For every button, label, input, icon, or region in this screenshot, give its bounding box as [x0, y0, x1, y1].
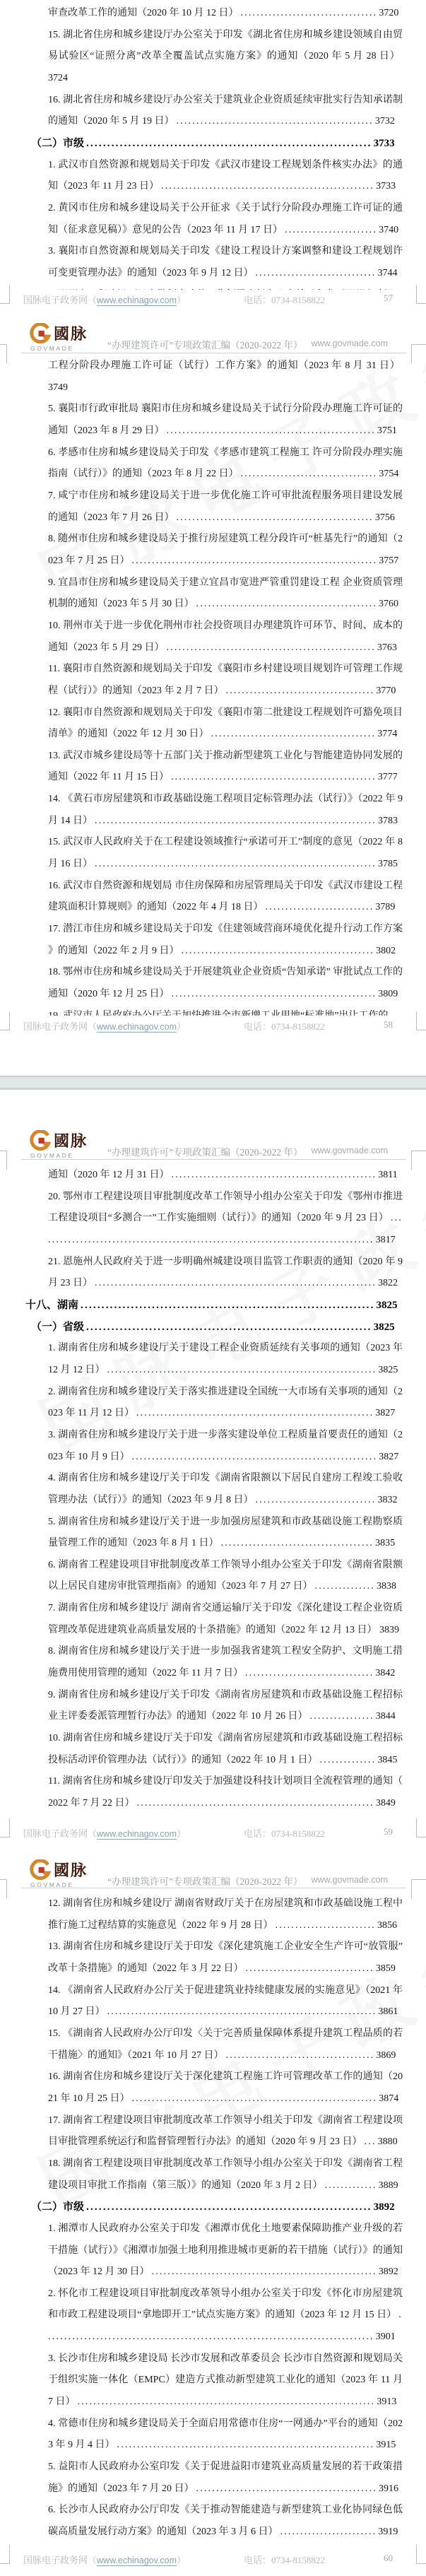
- toc-entry: 18. 鄂州市住房和城乡建设局关于开展建筑业企业资质“告知承诺” 审批试点工作的…: [48, 962, 403, 1005]
- dot-leader: ................: [308, 1711, 376, 1722]
- footer-site-link[interactable]: www.echinagov.com: [97, 295, 177, 306]
- dot-leader: ........................................…: [84, 1322, 374, 1333]
- header-website: www.govmade.com: [312, 1875, 388, 1885]
- dot-leader: .......................: [283, 225, 379, 235]
- logo-en-text: GOVMADE: [30, 345, 74, 352]
- toc-page-number: 3774: [377, 729, 397, 739]
- toc-entry: 十八、湖南...................................…: [25, 1295, 403, 1317]
- toc-entry-text: 2. 怀化市工程建设项目审批制度改革领导小组办公室关于印发《怀化市房屋建筑和市政…: [48, 2288, 403, 2321]
- logo-cn-text: 國脉: [54, 322, 88, 344]
- toc-page-number: 3825: [377, 1300, 398, 1311]
- toc-page-number: 3740: [379, 225, 398, 235]
- footer-site-suffix: ）: [177, 1828, 186, 1839]
- toc-page-number: 3744: [378, 268, 398, 278]
- toc-entry: 8. 随州市住房和城乡建设局关于推行房屋建筑工程分段许可“桩基先行”的通知（20…: [48, 529, 403, 572]
- page-footer: 国脉电子政务网（www.echinagov.com）电话：0734-815882…: [0, 1019, 426, 1035]
- toc-entry: 6. 长沙市人民政府办公厅印发《关于推动智能建造与新型建筑工业化协同绿色低碳高质…: [48, 2500, 403, 2543]
- toc-entry: 9. 湖南省住房和城乡建设厅关于印发《湖南省房屋建筑和市政基础设施工程招标业主评…: [48, 1685, 403, 1728]
- toc-page-number: 3874: [379, 2093, 398, 2104]
- toc-entry: （二）市级...................................…: [31, 2196, 403, 2218]
- toc-entry-text: 十八、湖南: [25, 1300, 78, 1311]
- toc-entry: 7. 湖南省住房和城乡建设厅 湖南省交通运输厅关于印发《深化建设工程企业资质管理…: [48, 1598, 403, 1641]
- toc-page-number: 3811: [378, 1170, 397, 1180]
- govmade-logo-icon: [30, 1859, 51, 1881]
- toc-entry: 5. 襄阳市行政审批局 襄阳市住房和城乡建设局关于试行分阶段办理施工许可证的通知…: [48, 399, 403, 442]
- toc-page-number: 3754: [379, 469, 398, 479]
- toc-entry: 通知（2020 年 12 月 31 日）....................…: [48, 1165, 403, 1187]
- dot-leader: ........................................…: [105, 2006, 379, 2017]
- toc-page-number: 3760: [379, 599, 398, 609]
- toc-page-number: 3901: [376, 2331, 396, 2342]
- dot-leader: ........................................…: [165, 425, 377, 436]
- toc-entry: 1. 湖南省住房和城乡建设厅关于建设工程企业资质延续有关事项的通知（2023 年…: [48, 1338, 403, 1381]
- toc-entry: 16. 武汉市自然资源和规划局 市住房保障和房屋管理局关于印发《武汉市建设工程建…: [48, 876, 403, 919]
- footer-phone: 电话：0734-8158822: [244, 2553, 325, 2566]
- toc-page-number: 3915: [376, 2440, 396, 2450]
- footer-site-link[interactable]: www.echinagov.com: [97, 1829, 177, 1840]
- dot-leader: ................................: [243, 1668, 375, 1678]
- toc-entry: 6. 湖南省工程建设项目审批制度改革工作领导小组办公室关于印发《湖南省限额以上居…: [48, 1555, 403, 1598]
- toc-page-number: 3856: [377, 1920, 397, 1931]
- page-footer: 国脉电子政务网（www.echinagov.com）电话：0734-815882…: [0, 2553, 426, 2568]
- page-header: 國脉GOVMADE“办理建筑许可”专项政策汇编（2020-2022 年）www.…: [0, 1859, 426, 1895]
- dot-leader: .....................................: [224, 2050, 377, 2061]
- toc-entry: 7. 咸宁市住房和城乡建设局关于进一步优化施工许可审批流程服务项目建设发展的通知…: [48, 486, 403, 529]
- toc-entry: 3. 襄阳市自然资源和规划局关于印发《建设工程设计方案调整和建设工程规划许可变更…: [48, 241, 403, 284]
- page-footer: 国脉电子政务网（www.echinagov.com）电话：0734-815882…: [0, 293, 426, 308]
- footer-site: 国脉电子政务网（www.echinagov.com）: [23, 293, 186, 306]
- dot-leader: ..............: [318, 1755, 378, 1765]
- toc-page-number: 3785: [378, 859, 398, 869]
- dot-leader: ........................................…: [130, 2093, 379, 2104]
- dot-leader: ..................................: [239, 8, 379, 18]
- dot-leader: .........................: [273, 1920, 378, 1931]
- toc-entry-text: 7. 湖南省住房和城乡建设厅 湖南省交通运输厅关于印发《深化建设工程企业资质管理…: [48, 1603, 403, 1635]
- dot-leader: ........................................…: [105, 1365, 379, 1375]
- footer-phone: 电话：0734-8158822: [244, 1019, 325, 1033]
- header-booklet-title: “办理建筑许可”专项政策汇编（2020-2022 年）: [107, 337, 302, 351]
- dot-leader: ........................................…: [170, 1170, 379, 1180]
- toc-page-number: 3889: [379, 2180, 398, 2191]
- toc-entry: 17. 湖南省工程建设项目审批制度改革工作领导小组关于印发《湖南省工程建设项目审…: [48, 2110, 403, 2153]
- dot-leader: ........................................…: [84, 138, 374, 149]
- crop-mark-footer-right: [416, 1011, 426, 1030]
- toc-page-number: 3783: [378, 816, 398, 826]
- dot-leader: ...............: [313, 1581, 377, 1592]
- toc-page-number: 3861: [378, 2006, 398, 2017]
- toc-entry: 2. 湖南省住房和城乡建设厅关于落实推进建设全国统一大市场有关事项的通知（202…: [48, 1382, 403, 1425]
- dot-leader: ......................................: [219, 1538, 376, 1548]
- toc-page-number: 3763: [377, 642, 397, 653]
- toc-entry: 12. 襄阳市自然资源和规划局关于印发《襄阳市第二批建设工程规划许可豁免项目清单…: [48, 702, 403, 746]
- footer-site-link[interactable]: www.echinagov.com: [97, 1022, 177, 1033]
- toc-entry: 4. 常德市住房和城乡建设局关于全面启用常德市住房“一网通办”平台的通知（202…: [48, 2413, 403, 2457]
- footer-page-number: 60: [384, 2553, 393, 2564]
- leader-gap: [401, 360, 403, 371]
- toc-page-number: 3892: [374, 2201, 395, 2213]
- toc-page-number: 3845: [377, 1755, 397, 1765]
- footer-page-number: 57: [384, 293, 393, 304]
- toc-page-number: 3724: [48, 73, 68, 83]
- crop-mark-footer-left: [0, 1818, 10, 1837]
- dot-leader: ........................................…: [179, 946, 377, 956]
- toc-entry-text: 工程分阶段办理施工许可证（试行）工作方案》的通知（2023 年 8 月 31 日…: [48, 360, 401, 371]
- toc-entry: 10. 湖南省住房和城乡建设厅关于印发《湖南省房屋建筑和市政基础设施工程招标投标…: [48, 1728, 403, 1771]
- toc-page-number: 3849: [376, 1798, 396, 1809]
- dot-leader: ........................: [278, 2527, 379, 2537]
- header-rule: [21, 1888, 406, 1888]
- footer-page-number: 59: [384, 1826, 393, 1837]
- footer-site-prefix: 国脉电子政务网（: [23, 1021, 97, 1032]
- header-website: www.govmade.com: [312, 339, 388, 348]
- footer-site: 国脉电子政务网（www.echinagov.com）: [23, 1019, 186, 1033]
- dot-leader: ........................................…: [174, 512, 375, 523]
- dot-leader: ..................................: [239, 469, 379, 479]
- page-content: 工程分阶段办理施工许可证（试行）工作方案》的通知（2023 年 8 月 31 日…: [0, 355, 426, 1016]
- toc-page-number: 3751: [377, 425, 397, 436]
- toc-entry-text: （二）市级: [31, 138, 84, 149]
- toc-page-number: 3777: [378, 772, 398, 782]
- toc-page-number: 3749: [48, 382, 68, 393]
- dot-leader: ........................................…: [209, 729, 378, 739]
- toc-page-number: 3827: [379, 1452, 398, 1462]
- toc-entry: 审查改革工作的通知（2020 年 10 月 12 日）.............…: [48, 3, 403, 25]
- toc-page-number: 3720: [379, 8, 398, 18]
- toc-entry: 12. 湖南省住房和城乡建设厅 湖南省财政厅关于在房屋建筑和市政基础设施工程中推…: [48, 1893, 403, 1936]
- toc-entry: 工程分阶段办理施工许可证（试行）工作方案》的通知（2023 年 8 月 31 日…: [48, 355, 403, 399]
- toc-page-number: 3880: [378, 2136, 398, 2147]
- leader-gap: [401, 51, 403, 61]
- dot-leader: ........................................…: [135, 1798, 376, 1809]
- toc-page-number: 3832: [378, 1495, 398, 1505]
- toc-entry-text: 19. 武汉市人民政府办公厅关于加快推进全市新增工业用地“标准地”出让工作的: [48, 1011, 388, 1016]
- logo-en-text: GOVMADE: [30, 1152, 74, 1159]
- toc-entry: 4. 湖南省住房和城乡建设厅关于印发《湖南省限额以下居民自建房工程竣工验收管理办…: [48, 1468, 403, 1511]
- dot-leader: ...: [362, 2136, 378, 2147]
- toc-entry: 16. 湖南省住房和城乡建设厅关于深化建筑工程施工许可管理改革工作的通知（202…: [48, 2066, 403, 2110]
- toc-entry: 6. 孝感市住房和城乡建设局关于印发《孝感市建筑工程施工 许可分阶段办理实施指南…: [48, 442, 403, 486]
- footer-phone: 电话：0734-8158822: [244, 293, 325, 306]
- toc-entry: 15. 《湖南省人民政府办公厅印发〈关于完善质量保障体系提升建筑工程品质的若干措…: [48, 2023, 403, 2066]
- page-separator-band: [0, 1076, 426, 1090]
- toc-entry: 14. 《黄石市房屋建筑和市政基础设施工程项目定标管理办法（试行）》（2022 …: [48, 789, 403, 832]
- page-header: 國脉GOVMADE“办理建筑许可”专项政策汇编（2020-2022 年）www.…: [0, 1130, 426, 1165]
- toc-entry: 2. 怀化市工程建设项目审批制度改革领导小组办公室关于印发《怀化市房屋建筑和市政…: [48, 2283, 403, 2348]
- header-rule: [21, 353, 406, 353]
- toc-entry: 9. 宜昌市住房和城乡建设局关于建立宜昌市宽进严管重罚建设工程 企业资质管理机制…: [48, 572, 403, 616]
- toc-page-number: 3842: [375, 1668, 395, 1678]
- toc-entry-text: （一）省级: [31, 1322, 84, 1333]
- footer-site-suffix: ）: [177, 2555, 186, 2565]
- toc-entry: 21. 恩施州人民政府关于进一步明确州城建设项目监管工作职责的通知（2020 年…: [48, 1252, 403, 1295]
- header-booklet-title: “办理建筑许可”专项政策汇编（2020-2022 年）: [107, 1144, 302, 1158]
- dot-leader: ........................................…: [78, 1300, 377, 1311]
- toc-page-number: 3844: [376, 1711, 396, 1722]
- toc-entry-text: 15. 湖北省住房和城乡建设厅办公室关于印发《湖北省住房和城乡建设领域自由贸易试…: [48, 30, 403, 62]
- dot-leader: .............: [323, 2180, 379, 2191]
- dot-leader: ........................................…: [93, 859, 378, 869]
- crop-mark-footer-left: [0, 285, 10, 304]
- dot-leader: ........................................…: [134, 1408, 375, 1418]
- toc-page-number: 3770: [376, 686, 396, 696]
- footer-site: 国脉电子政务网（www.echinagov.com）: [23, 1826, 186, 1840]
- toc-entry: 20. 鄂州市工程建设项目审批制度改革工作领导小组办公室关于印发《鄂州市推进工程…: [48, 1187, 403, 1252]
- toc-entry: 11. 襄阳市自然资源和规划局关于印发《襄阳市乡村建设项目规划许可管理工作规程（…: [48, 659, 403, 702]
- dot-leader: ........................................…: [170, 989, 379, 999]
- dot-leader: ........................................…: [165, 642, 377, 653]
- header-booklet-title: “办理建筑许可”专项政策汇编（2020-2022 年）: [107, 1874, 302, 1888]
- footer-site-prefix: 国脉电子政务网（: [23, 295, 97, 305]
- toc-page-number: 3756: [375, 512, 395, 523]
- dot-leader: ..............................: [254, 268, 378, 278]
- toc-entry: （一）省级...................................…: [31, 1317, 403, 1339]
- toc-page-number: 3827: [375, 1408, 395, 1418]
- toc-page-number: 3825: [378, 1365, 398, 1375]
- toc-entry: 3. 长沙市住房和城乡建设局 长沙市发展和改革委员会 长沙市自然资源和规划局关于…: [48, 2348, 403, 2413]
- dot-leader: ........................................…: [169, 772, 378, 782]
- toc-entry: 1. 湘潭市人民政府办公室关于印发《湘潭市优化土地要素保障助推产业升级的若干措施…: [48, 2218, 403, 2283]
- toc-page-number: 3916: [379, 2483, 398, 2494]
- toc-entry: 18. 湖南省工程建设项目审批制度改革工作领导小组办公室关于印发《湖南省工程建设…: [48, 2153, 403, 2196]
- toc-entry: 16. 湖北省住房和城乡建设厅办公室关于建筑业企业资质延续审批实行告知承诺制的通…: [48, 90, 403, 133]
- toc-entry-text: 17. 湖南省工程建设项目审批制度改革工作领导小组关于印发《湖南省工程建设项目审…: [48, 2115, 403, 2148]
- dot-leader: ........................................…: [115, 2440, 377, 2450]
- footer-site-suffix: ）: [177, 1021, 186, 1032]
- toc-page-number: 3859: [376, 1963, 396, 1974]
- toc-page-number: 3789: [375, 902, 395, 912]
- toc-entry: （二）市级...................................…: [31, 133, 403, 155]
- footer-site: 国脉电子政务网（www.echinagov.com）: [23, 2553, 186, 2566]
- toc-entry-text: 20. 鄂州市工程建设项目审批制度改革工作领导小组办公室关于印发《鄂州市推进工程…: [48, 1192, 403, 1224]
- dot-leader: ........................................…: [194, 2483, 379, 2494]
- crop-mark-footer-left: [0, 2545, 10, 2564]
- toc-entry: 11. 湖南省住房和城乡建设厅印发关于加强建设科技计划项目全流程管理的通知（20…: [48, 1771, 403, 1814]
- toc-page-number: 3919: [378, 2527, 398, 2537]
- govmade-logo-icon: [30, 1130, 51, 1151]
- toc-entry: 8. 湖南省住房和城乡建设厅关于进一步加强我省建筑工程安全防护、文明施工措施费用…: [48, 1641, 403, 1684]
- toc-entry: 13. 湖南省住房和城乡建设厅关于印发《深化建筑施工企业安全生产许可“放管服”改…: [48, 1936, 403, 1980]
- toc-entry: 3. 湖南省住房和城乡建设厅关于进一步落实建设单位工程质量首要责任的通知（202…: [48, 1425, 403, 1468]
- page-content: 审查改革工作的通知（2020 年 10 月 12 日）.............…: [0, 3, 426, 290]
- toc-entry: 13. 武汉市城乡建设局等十五部门关于推动新型建筑工业化与智能建造协同发展的通知…: [48, 746, 403, 789]
- toc-page-number: 3757: [379, 555, 398, 566]
- govmade-logo-icon: [30, 323, 51, 344]
- dot-leader: ................................: [244, 1963, 376, 1974]
- toc-entry: 19. 武汉市人民政府办公厅关于加快推进全市新增工业用地“标准地”出让工作的: [48, 1006, 403, 1016]
- footer-site-link[interactable]: www.echinagov.com: [97, 2556, 177, 2566]
- toc-entry: 5. 湖南省住房和城乡建设厅关于进一步加强房屋建筑和市政基础设施工程勘察质量管理…: [48, 1512, 403, 1555]
- toc-page-number: 3733: [376, 181, 396, 192]
- dot-leader: ........................................…: [174, 116, 375, 127]
- dot-leader: ...........................: [264, 902, 376, 912]
- toc-page-number: 3835: [375, 1538, 395, 1548]
- toc-entry-text: 通知（2020 年 12 月 31 日）: [48, 1170, 170, 1180]
- header-rule: [21, 1159, 406, 1160]
- toc-entry-text: 审查改革工作的通知（2020 年 10 月 12 日）: [48, 8, 239, 18]
- crop-mark-footer-right: [416, 285, 426, 304]
- crop-mark-footer-left: [0, 1011, 10, 1030]
- dot-leader: ..............................: [254, 1495, 378, 1505]
- dot-leader: ........................................…: [84, 2201, 374, 2213]
- dot-leader: ........................................…: [93, 1278, 378, 1288]
- page-content: 通知（2020 年 12 月 31 日）....................…: [0, 1165, 426, 1823]
- footer-site-suffix: ）: [177, 295, 186, 305]
- toc-page-number: 3732: [375, 116, 395, 127]
- toc-page-number: 3802: [376, 946, 396, 956]
- toc-entry: 2. 黄冈市住房和城乡建设局关于公开征求《关于试行分阶段办理施工许可证的通知（征…: [48, 198, 403, 241]
- logo-cn-text: 國脉: [54, 1129, 88, 1151]
- toc-page-number: 3913: [377, 2396, 396, 2407]
- toc-page-number: 3838: [377, 1581, 396, 1592]
- toc-entry: 1. 武汉市自然资源和规划局关于印发《武汉市建设工程规划条件核实办法》的通知（2…: [48, 155, 403, 198]
- dot-leader: ........................................…: [130, 1452, 379, 1462]
- footer-site-prefix: 国脉电子政务网（: [23, 1828, 97, 1839]
- dot-leader: ........................................…: [93, 816, 378, 826]
- toc-entry: 15. 湖北省住房和城乡建设厅办公室关于印发《湖北省住房和城乡建设领域自由贸易试…: [48, 25, 403, 90]
- dot-leader: ........................................…: [130, 555, 379, 566]
- logo-cn-text: 國脉: [54, 1859, 88, 1881]
- toc-entry: 17. 潜江市住房和城乡建设局关于印发《住建领域营商环境优化提升行动工作方案》的…: [48, 919, 403, 962]
- footer-phone: 电话：0734-8158822: [244, 1826, 325, 1840]
- toc-page-number: 3825: [374, 1322, 395, 1333]
- dot-leader: ........................................…: [76, 2396, 377, 2407]
- toc-page-number: 3817: [376, 1235, 396, 1245]
- crop-mark-footer-right: [416, 2545, 426, 2564]
- toc-page-number: 3839: [379, 1625, 399, 1635]
- dot-leader: ........................................…: [194, 599, 379, 609]
- footer-site-prefix: 国脉电子政务网（: [23, 2555, 97, 2565]
- dot-leader: ........................................…: [150, 2266, 379, 2277]
- toc-page-number: 3822: [378, 1278, 398, 1288]
- header-website: www.govmade.com: [312, 1146, 388, 1155]
- crop-mark-footer-right: [416, 1818, 426, 1837]
- page-content: 12. 湖南省住房和城乡建设厅 湖南省财政厅关于在房屋建筑和市政基础设施工程中推…: [0, 1893, 426, 2549]
- toc-entry: 15. 武汉市人民政府关于在工程建设领域推行“承诺可开工”制度的意见（2022 …: [48, 832, 403, 875]
- dot-leader: ........................................…: [159, 181, 376, 192]
- toc-entry: 14. 《湖南省人民政府办公厅关于促进建筑业持续健康发展的实施意见》（2021 …: [48, 1980, 403, 2023]
- toc-page-number: 3809: [378, 989, 398, 999]
- toc-entry: 5. 益阳市人民政府办公室印发《关于促进益阳市建筑业高质量发展的若干政策措施》的…: [48, 2457, 403, 2500]
- page-footer: 国脉电子政务网（www.echinagov.com）电话：0734-815882…: [0, 1826, 426, 1842]
- toc-page-number: 3869: [376, 2050, 396, 2061]
- toc-entry-text: （二）市级: [31, 2201, 84, 2213]
- document-strip: 国脉电子政务网 国脉电子政务网 国脉电子政务网 审查改革工作的通知（2020 年…: [0, 0, 426, 2576]
- toc-entry: 4. 鄂州市工程建设项目审批制度改革工作领导小组办公室关于印发《鄂州市建设: [48, 285, 403, 290]
- toc-page-number: 3733: [374, 138, 395, 149]
- dot-leader: .....................................: [224, 686, 377, 696]
- toc-entry: 10. 荆州市关于进一步优化荆州市社会投资项目办理建筑许可环节、时间、成本的通知…: [48, 616, 403, 659]
- footer-page-number: 58: [384, 1019, 393, 1030]
- toc-page-number: 3892: [379, 2266, 398, 2277]
